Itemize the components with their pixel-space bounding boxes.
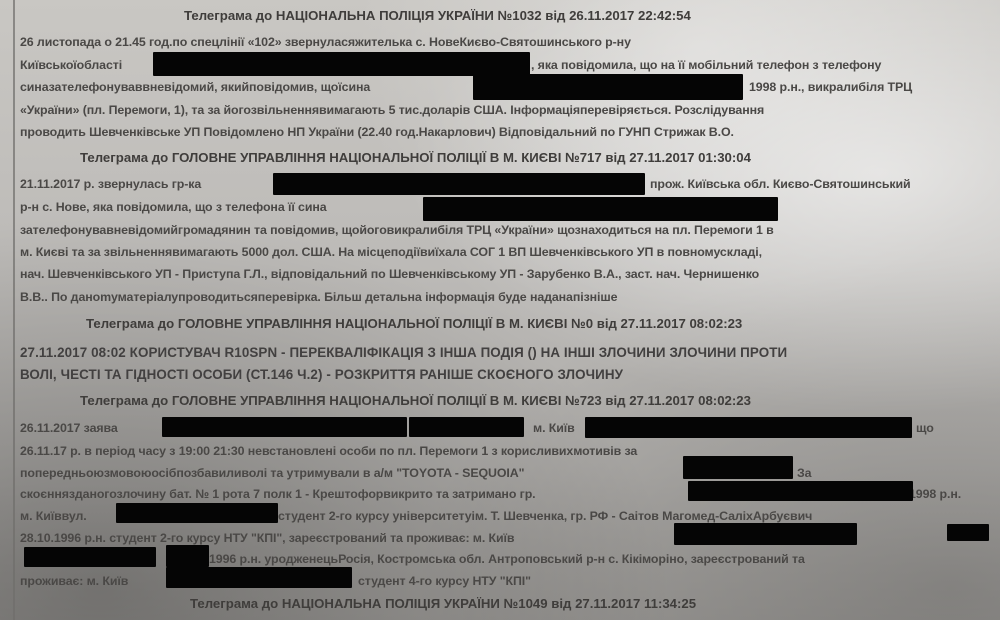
line-text: м. Київвул. bbox=[20, 509, 87, 523]
telegram-body-line: зателефонувавневідомийгромадянин та пові… bbox=[20, 220, 980, 240]
document-photo: Телеграма до НАЦІОНАЛЬНА ПОЛІЦІЯ УКРАЇНИ… bbox=[0, 0, 1000, 620]
redaction-bar bbox=[947, 524, 989, 541]
telegram-body-line: нач. Шевченківського УП - Приступа Г.Л.,… bbox=[20, 264, 980, 284]
line-text: студент 4-го курсу НТУ "КПІ" bbox=[358, 571, 531, 591]
telegram-body-line: проживає: м. Київ студент 4-го курсу НТУ… bbox=[20, 571, 980, 591]
redaction-bar bbox=[409, 417, 524, 437]
line-text: проживає: м. Київ bbox=[20, 574, 128, 588]
telegram-body-line: ВОЛІ, ЧЕСТІ ТА ГІДНОСТІ ОСОБИ (СТ.146 Ч.… bbox=[20, 365, 980, 385]
redaction-bar bbox=[166, 567, 352, 588]
redaction-bar bbox=[273, 173, 645, 195]
line-text: , яка повідомила, що на її мобільний тел… bbox=[531, 55, 881, 75]
line-text: 28.10.1996 р.н. студент 2-го курсу НТУ "… bbox=[20, 531, 514, 545]
line-text: 1996 р.н. уродженецьРосія, Костромська о… bbox=[209, 549, 805, 569]
line-text: м. Київ bbox=[533, 418, 575, 438]
redaction-bar bbox=[674, 523, 857, 545]
line-text: Київськоїобласті bbox=[20, 58, 122, 72]
telegram-body-line: В.В.. По данomуматеріалупроводитьсяперев… bbox=[20, 287, 980, 307]
line-text: попередньоюзмовоюосібпозбавиливолі та ут… bbox=[20, 466, 524, 480]
redaction-bar bbox=[24, 547, 156, 567]
line-text: 1998 р.н. bbox=[909, 484, 961, 504]
redaction-bar bbox=[683, 456, 793, 479]
telegram-body-line: проводить Шевченківське УП Повідомлено Н… bbox=[20, 122, 980, 142]
redaction-bar bbox=[688, 481, 913, 501]
redaction-bar bbox=[162, 417, 407, 437]
line-text: скоєннязданогозлочину бат. № 1 рота 7 по… bbox=[20, 487, 536, 501]
telegram-body-line: 26 листопада о 21.45 год.по спецлінії «1… bbox=[20, 32, 980, 52]
telegram-header: Телеграма до ГОЛОВНЕ УПРАВЛІННЯ НАЦІОНАЛ… bbox=[80, 148, 980, 168]
telegram-body-line: 1996 р.н. уродженецьРосія, Костромська о… bbox=[20, 549, 980, 569]
redaction-bar bbox=[585, 417, 912, 438]
telegram-body-line: «України» (пл. Перемоги, 1), та за йогоз… bbox=[20, 100, 980, 120]
redaction-bar bbox=[153, 52, 530, 76]
telegram-header: Телеграма до НАЦІОНАЛЬНА ПОЛІЦІЯ УКРАЇНИ… bbox=[190, 594, 980, 614]
line-text: 1998 р.н., викралибіля ТРЦ bbox=[749, 77, 912, 97]
telegram-header: Телеграма до ГОЛОВНЕ УПРАВЛІННЯ НАЦІОНАЛ… bbox=[86, 314, 980, 334]
line-text: синазателефонуваввневідомий, якийповідом… bbox=[20, 80, 370, 94]
page-margin-line bbox=[13, 0, 15, 620]
telegram-body-line: попередньоюзмовоюосібпозбавиливолі та ут… bbox=[20, 463, 980, 483]
telegram-body-line: м. Києві та за звільненнявимагають 5000 … bbox=[20, 242, 980, 262]
redaction-bar bbox=[473, 74, 743, 100]
line-text: що bbox=[916, 418, 934, 438]
line-text: 21.11.2017 р. звернулась гр-ка bbox=[20, 177, 201, 191]
telegram-header: Телеграма до ГОЛОВНЕ УПРАВЛІННЯ НАЦІОНАЛ… bbox=[80, 391, 980, 411]
telegram-header: Телеграма до НАЦІОНАЛЬНА ПОЛІЦІЯ УКРАЇНИ… bbox=[184, 6, 980, 26]
line-text: За bbox=[797, 463, 811, 483]
line-text: прож. Київська обл. Києво-Святошинський bbox=[650, 174, 911, 194]
telegram-body-line: 26.11.17 р. в період часу з 19:00 21:30 … bbox=[20, 441, 980, 461]
line-text: 26.11.2017 заява bbox=[20, 421, 118, 435]
redaction-bar bbox=[166, 545, 209, 567]
telegram-body-line: 27.11.2017 08:02 КОРИСТУВАЧ R10SPN - ПЕР… bbox=[20, 343, 980, 363]
redaction-bar bbox=[423, 197, 778, 221]
redaction-bar bbox=[116, 503, 278, 523]
